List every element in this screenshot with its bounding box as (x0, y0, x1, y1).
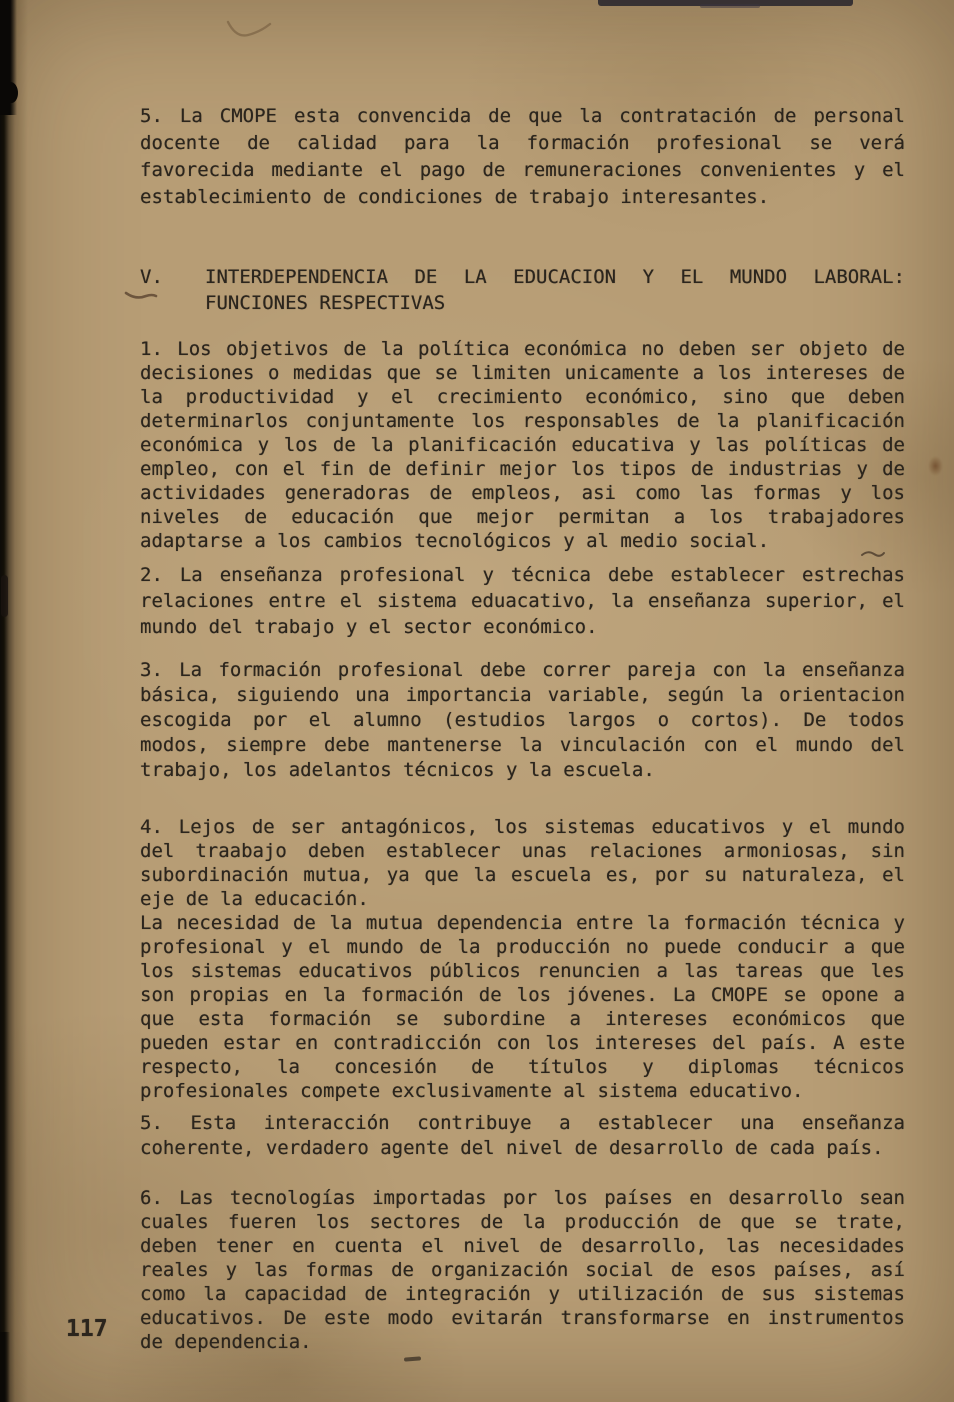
text-line: 6. Las tecnologías importadas por los pa… (140, 1186, 905, 1210)
text-line: reales y las formas de organización soci… (140, 1258, 905, 1282)
text-line: que esta formación se subordine a intere… (140, 1007, 905, 1031)
text-line: relaciones entre el sistema eduacativo, … (140, 588, 905, 614)
text-line: profesional y el mundo de la producción … (140, 935, 905, 959)
text-line: subordinación mutua, ya que la escuela e… (140, 863, 905, 887)
text-line: La necesidad de la mutua dependencia ent… (140, 911, 905, 935)
text-line: cuales fueren los sectores de la producc… (140, 1210, 905, 1234)
text-line: económica y los de la planificación educ… (140, 433, 905, 457)
text-line: docente de calidad para la formación pro… (140, 130, 905, 157)
ink-blob-mark-2 (1, 575, 8, 617)
text-line: 2. La enseñanza profesional y técnica de… (140, 562, 905, 588)
paragraph-4-part-2: La necesidad de la mutua dependencia ent… (140, 911, 905, 1103)
text-line: los sistemas educativos públicos renunci… (140, 959, 905, 983)
text-line: actividades generadoras de empleos, asi … (140, 481, 905, 505)
text-line: son propias en la formación de los jóven… (140, 983, 905, 1007)
text-line: educativos. De este modo evitarán transf… (140, 1306, 905, 1330)
text-line: básica, siguiendo una importancia variab… (140, 683, 905, 708)
text-line: INTERDEPENDENCIA DE LA EDUCACION Y EL MU… (205, 264, 905, 290)
scan-edge-mark-2 (700, 4, 760, 8)
text-line: deben tener en cuenta el nivel de desarr… (140, 1234, 905, 1258)
text-line: trabajo, los adelantos técnicos y la esc… (140, 758, 905, 783)
text-line: 5. La CMOPE esta convencida de que la co… (140, 103, 905, 130)
text-line: mundo del trabajo y el sector económico. (140, 614, 905, 640)
pen-dash-mark (404, 1356, 421, 1361)
paragraph-intro-item-5: 5. La CMOPE esta convencida de que la co… (140, 103, 905, 211)
text-line: modos, siempre debe mantenerse la vincul… (140, 733, 905, 758)
text-line: profesionales compete exclusivamente al … (140, 1079, 905, 1103)
pen-curve-mark (224, 14, 274, 44)
text-line: la productividad y el crecimiento económ… (140, 385, 905, 409)
text-line: 1. Los objetivos de la política económic… (140, 337, 905, 361)
text-line: adaptarse a los cambios tecnológicos y a… (140, 529, 905, 553)
text-line: del traabajo deben establecer unas relac… (140, 839, 905, 863)
text-line: 4. Lejos de ser antagónicos, los sistema… (140, 815, 905, 839)
section-heading-text: INTERDEPENDENCIA DE LA EDUCACION Y EL MU… (205, 264, 905, 316)
section-numeral: V. (140, 264, 163, 290)
paper-stain (928, 456, 943, 476)
text-line: decisiones o medidas que se limiten unic… (140, 361, 905, 385)
paragraph-3: 3. La formación profesional debe correr … (140, 658, 905, 783)
text-line: empleo, con el fin de definir mejor los … (140, 457, 905, 481)
text-line: niveles de educación que mejor permitan … (140, 505, 905, 529)
paragraph-5: 5. Esta interacción contribuye a estable… (140, 1111, 905, 1161)
binding-shadow (0, 0, 28, 1402)
text-line: pueden estar en contradicción con los in… (140, 1031, 905, 1055)
text-line: determinarlos conjuntamente los responsa… (140, 409, 905, 433)
text-line: escogida por el alumno (estudios largos … (140, 708, 905, 733)
text-line: respecto, la concesión de títulos y dipl… (140, 1055, 905, 1079)
text-line: 5. Esta interacción contribuye a estable… (140, 1111, 905, 1136)
section-heading: V. INTERDEPENDENCIA DE LA EDUCACION Y EL… (140, 264, 905, 316)
scanned-document-page: 5. La CMOPE esta convencida de que la co… (0, 0, 954, 1402)
text-line: establecimiento de condiciones de trabaj… (140, 184, 905, 211)
text-line: FUNCIONES RESPECTIVAS (205, 290, 905, 316)
text-line: coherente, verdadero agente del nivel de… (140, 1136, 905, 1161)
binding-shadow-bottom (0, 1332, 10, 1402)
paragraph-1: 1. Los objetivos de la política económic… (140, 337, 905, 553)
paragraph-2: 2. La enseñanza profesional y técnica de… (140, 562, 905, 640)
paragraph-6: 6. Las tecnologías importadas por los pa… (140, 1186, 905, 1354)
page-number: 117 (66, 1316, 108, 1342)
text-line: 3. La formación profesional debe correr … (140, 658, 905, 683)
text-line: como la capacidad de integración y utili… (140, 1282, 905, 1306)
text-line: eje de la educación. (140, 887, 905, 911)
ink-blob-mark (4, 82, 18, 103)
paragraph-4-part-1: 4. Lejos de ser antagónicos, los sistema… (140, 815, 905, 911)
text-line: de dependencia. (140, 1330, 905, 1354)
text-line: favorecida mediante el pago de remunerac… (140, 157, 905, 184)
